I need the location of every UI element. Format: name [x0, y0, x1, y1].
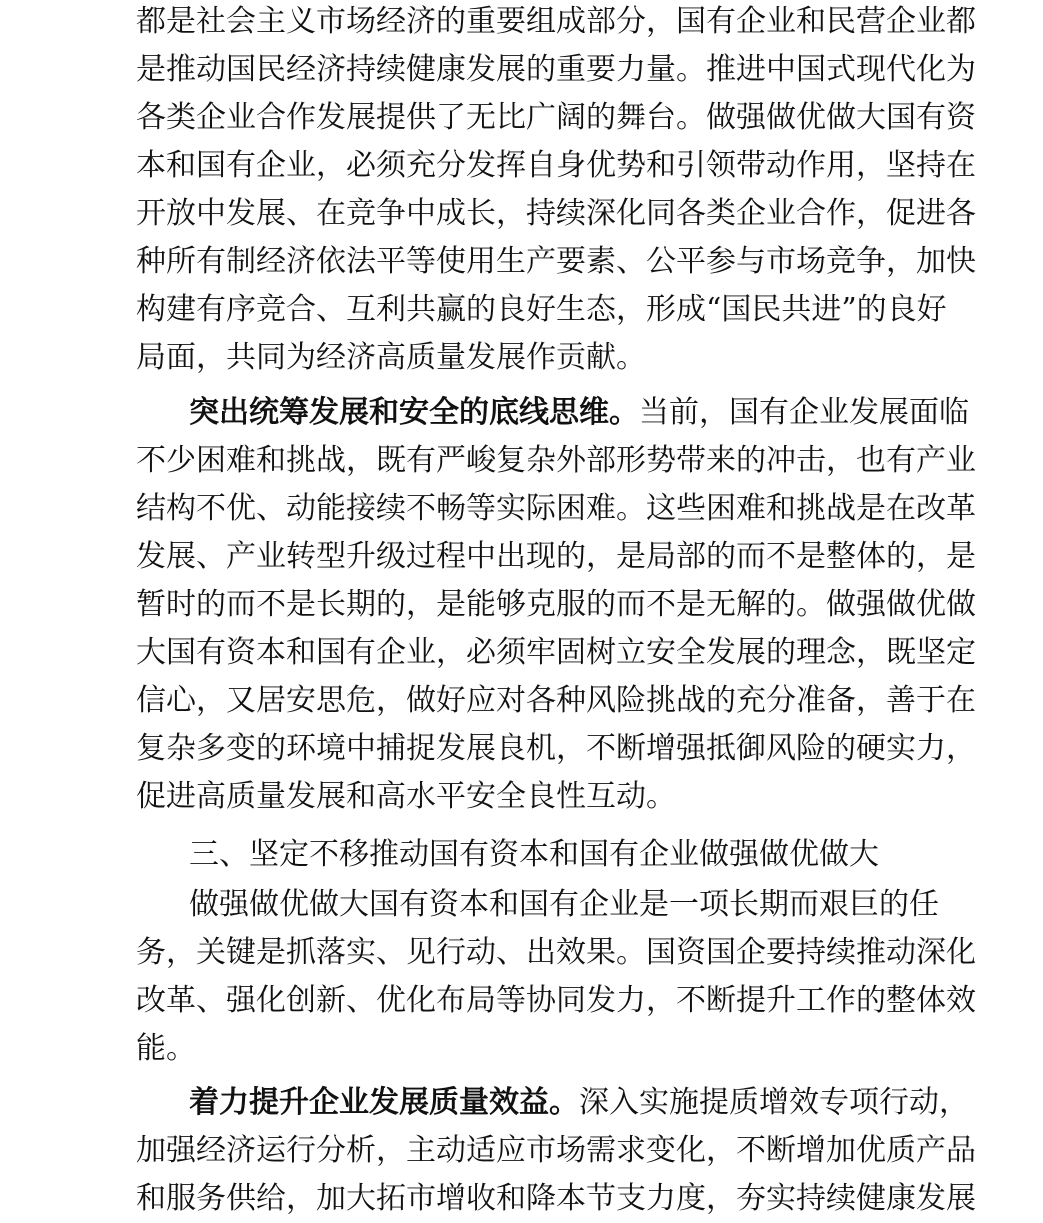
paragraph-line: 暂时的而不是长期的，是能够克服的而不是无解的。做强做优做	[136, 585, 908, 625]
paragraph-line: 改革、强化创新、优化布局等协同发力，不断提升工作的整体效	[136, 981, 908, 1021]
bold-lead-sentence: 着力提升企业发展质量效益。	[189, 1085, 579, 1120]
document-page: 都是社会主义市场经济的重要组成部分，国有企业和民营企业都 是推动国民经济持续健康…	[0, 0, 1043, 1223]
paragraph-line: 构建有序竞合、互利共赢的良好生态，形成“国民共进”的良好	[136, 290, 908, 330]
paragraph-text: 深入实施提质增效专项行动，	[579, 1085, 969, 1120]
paragraph-first-line: 着力提升企业发展质量效益。深入实施提质增效专项行动，	[189, 1083, 908, 1123]
paragraph-line: 本和国有企业，必须充分发挥自身优势和引领带动作用，坚持在	[136, 146, 908, 186]
paragraph-line: 复杂多变的环境中捕捉发展良机，不断增强抵御风险的硬实力，	[136, 729, 908, 769]
section-heading: 三、坚定不移推动国有资本和国有企业做强做优做大	[189, 835, 849, 875]
paragraph-line: 是推动国民经济持续健康发展的重要力量。推进中国式现代化为	[136, 50, 908, 90]
paragraph-first-line: 突出统筹发展和安全的底线思维。当前，国有企业发展面临	[189, 393, 908, 433]
paragraph-line: 种所有制经济依法平等使用生产要素、公平参与市场竞争，加快	[136, 242, 908, 282]
paragraph-line: 局面，共同为经济高质量发展作贡献。	[136, 338, 908, 378]
paragraph-line: 结构不优、动能接续不畅等实际困难。这些困难和挑战是在改革	[136, 489, 908, 529]
paragraph-first-line: 做强做优做大国有资本和国有企业是一项长期而艰巨的任	[189, 885, 908, 925]
bold-lead-sentence: 突出统筹发展和安全的底线思维。	[189, 395, 639, 430]
paragraph-line: 和服务供给，加大拓市增收和降本节支力度，夯实持续健康发展	[136, 1179, 908, 1219]
paragraph-line: 开放中发展、在竞争中成长，持续深化同各类企业合作，促进各	[136, 194, 908, 234]
paragraph-text: 当前，国有企业发展面临	[639, 395, 969, 430]
paragraph-line: 加强经济运行分析，主动适应市场需求变化，不断增加优质产品	[136, 1131, 908, 1171]
paragraph-line: 发展、产业转型升级过程中出现的，是局部的而不是整体的，是	[136, 537, 908, 577]
paragraph-line: 促进高质量发展和高水平安全良性互动。	[136, 777, 908, 817]
paragraph-line: 各类企业合作发展提供了无比广阔的舞台。做强做优做大国有资	[136, 98, 908, 138]
paragraph-line: 务，关键是抓落实、见行动、出效果。国资国企要持续推动深化	[136, 933, 908, 973]
paragraph-line: 不少困难和挑战，既有严峻复杂外部形势带来的冲击，也有产业	[136, 441, 908, 481]
paragraph-line: 都是社会主义市场经济的重要组成部分，国有企业和民营企业都	[136, 2, 908, 42]
paragraph-line: 大国有资本和国有企业，必须牢固树立安全发展的理念，既坚定	[136, 633, 908, 673]
paragraph-line: 能。	[136, 1029, 908, 1069]
paragraph-line: 信心，又居安思危，做好应对各种风险挑战的充分准备，善于在	[136, 681, 908, 721]
